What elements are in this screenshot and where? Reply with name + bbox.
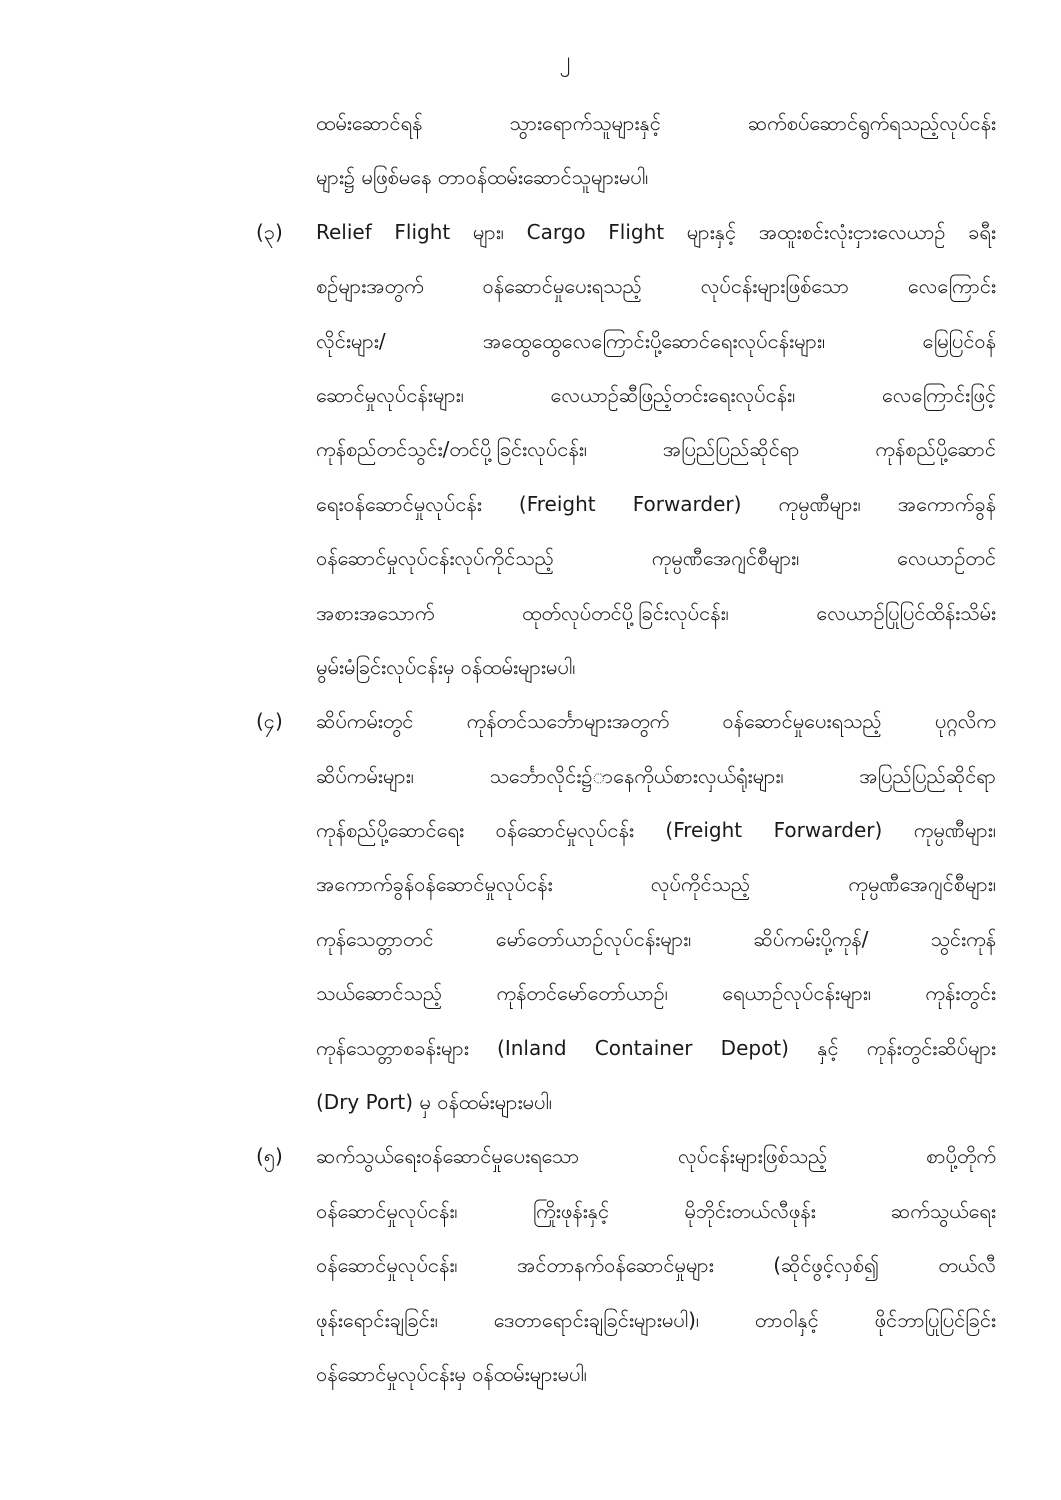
line-text: သယ်ဆောင်သည့် ကုန်တင်မော်တော်ယာဉ်၊ ရေယာဉ်… [316, 966, 996, 1020]
text-line: ကုန်သေတ္တာစခန်းများ (Inland Container De… [256, 1021, 996, 1075]
text-line: အကောက်ခွန်ဝန်ဆောင်မှုလုပ်ငန်း လုပ်ကိုင်သ… [256, 857, 996, 911]
text-line: ကုန်စည်တင်သွင်း/တင်ပို့ခြင်းလုပ်ငန်း၊ အပ… [256, 422, 996, 476]
text-line: သယ်ဆောင်သည့် ကုန်တင်မော်တော်ယာဉ်၊ ရေယာဉ်… [256, 966, 996, 1020]
line-text: အကောက်ခွန်ဝန်ဆောင်မှုလုပ်ငန်း လုပ်ကိုင်သ… [316, 857, 996, 911]
line-text: မွမ်းမံခြင်းလုပ်ငန်းမှ ဝန်ထမ်းများမပါ၊ [316, 640, 996, 694]
text-line: စဉ်များအတွက် ဝန်ဆောင်မှုပေးရသည့် လုပ်ငန်… [256, 259, 996, 313]
line-text: များ၌ မဖြစ်မနေ တာဝန်ထမ်းဆောင်သူများမပါ၊ [316, 150, 996, 204]
list-item-3: (၃) Relief Flight များ၊ Cargo Flight မျာ… [256, 205, 996, 695]
line-text: အစားအသောက် ထုတ်လုပ်တင်ပို့ခြင်းလုပ်ငန်း၊… [316, 586, 996, 640]
text-line: ဆိပ်ကမ်းတွင် ကုန်တင်သင်္ဘောများအတွက် ဝန်… [256, 694, 996, 748]
line-text: ဆက်သွယ်ရေးဝန်ဆောင်မှုပေးရသော လုပ်ငန်းမျာ… [316, 1129, 996, 1183]
line-text: ဆိပ်ကမ်းများ၊ သင်္ဘောလိုင်း၌ာနေကိုယ်စားလ… [316, 749, 996, 803]
text-line: များ၌ မဖြစ်မနေ တာဝန်ထမ်းဆောင်သူများမပါ၊ [256, 150, 996, 204]
document-body: ထမ်းဆောင်ရန် သွားရောက်သူများနှင့် ဆက်စပ်… [256, 96, 996, 1401]
list-item-5: (၅) ဆက်သွယ်ရေးဝန်ဆောင်မှုပေးရသော လုပ်ငန်… [256, 1129, 996, 1401]
text-line: မွမ်းမံခြင်းလုပ်ငန်းမှ ဝန်ထမ်းများမပါ၊ [256, 640, 996, 694]
line-text: Relief Flight များ၊ Cargo Flight များနှင… [316, 205, 996, 259]
line-text: ကုန်စည်ပို့ဆောင်ရေး ဝန်ဆောင်မှုလုပ်ငန်း … [316, 803, 996, 857]
line-text: ဝန်ဆောင်မှုလုပ်ငန်းလုပ်ကိုင်သည့် ကုမ္ပဏီ… [316, 531, 996, 585]
text-line: Relief Flight များ၊ Cargo Flight များနှင… [256, 205, 996, 259]
list-item-4: (၄) ဆိပ်ကမ်းတွင် ကုန်တင်သင်္ဘောများအတွက်… [256, 694, 996, 1129]
page-number: ၂ [0, 46, 1061, 76]
line-text: လိုင်းများ/ အထွေထွေလေကြောင်းပို့ဆောင်ရေး… [316, 314, 996, 368]
text-line: ဝန်ဆောင်မှုလုပ်ငန်း၊ ကြိုးဖုန်းနှင့် မို… [256, 1184, 996, 1238]
line-text: စဉ်များအတွက် ဝန်ဆောင်မှုပေးရသည့် လုပ်ငန်… [316, 259, 996, 313]
line-text: ဖုန်းရောင်းချခြင်း၊ ဒေတာရောင်းချခြင်းမျာ… [316, 1293, 996, 1347]
text-line: ဝန်ဆောင်မှုလုပ်ငန်းလုပ်ကိုင်သည့် ကုမ္ပဏီ… [256, 531, 996, 585]
text-line: လိုင်းများ/ အထွေထွေလေကြောင်းပို့ဆောင်ရေး… [256, 314, 996, 368]
text-line: အစားအသောက် ထုတ်လုပ်တင်ပို့ခြင်းလုပ်ငန်း၊… [256, 586, 996, 640]
line-text: ဝန်ဆောင်မှုလုပ်ငန်း၊ ကြိုးဖုန်းနှင့် မို… [316, 1184, 996, 1238]
line-text: ဝန်ဆောင်မှုလုပ်ငန်းမှ ဝန်ထမ်းများမပါ၊ [316, 1347, 996, 1401]
line-text: ဆောင်မှုလုပ်ငန်းများ၊ လေယာဉ်ဆီဖြည့်တင်းရ… [316, 368, 996, 422]
text-line: ဆိပ်ကမ်းများ၊ သင်္ဘောလိုင်း၌ာနေကိုယ်စားလ… [256, 749, 996, 803]
text-line: (Dry Port) မှ ဝန်ထမ်းများမပါ၊ [256, 1075, 996, 1129]
item-number: (၄) [256, 694, 283, 748]
text-line: ရေးဝန်ဆောင်မှုလုပ်ငန်း (Freight Forwarde… [256, 477, 996, 531]
text-line: ဖုန်းရောင်းချခြင်း၊ ဒေတာရောင်းချခြင်းမျာ… [256, 1293, 996, 1347]
text-line: ဆက်သွယ်ရေးဝန်ဆောင်မှုပေးရသော လုပ်ငန်းမျာ… [256, 1129, 996, 1183]
line-text: (Dry Port) မှ ဝန်ထမ်းများမပါ၊ [316, 1075, 996, 1129]
line-text: ဆိပ်ကမ်းတွင် ကုန်တင်သင်္ဘောများအတွက် ဝန်… [316, 694, 996, 748]
item-number: (၃) [256, 205, 283, 259]
text-line: ဝန်ဆောင်မှုလုပ်ငန်းမှ ဝန်ထမ်းများမပါ၊ [256, 1347, 996, 1401]
text-line: ဆောင်မှုလုပ်ငန်းများ၊ လေယာဉ်ဆီဖြည့်တင်းရ… [256, 368, 996, 422]
line-text: ရေးဝန်ဆောင်မှုလုပ်ငန်း (Freight Forwarde… [316, 477, 996, 531]
text-line: ကုန်သေတ္တာတင် မော်တော်ယာဉ်လုပ်ငန်းများ၊ … [256, 912, 996, 966]
line-text: ဝန်ဆောင်မှုလုပ်ငန်း၊ အင်တာနက်ဝန်ဆောင်မှု… [316, 1238, 996, 1292]
text-line: ကုန်စည်ပို့ဆောင်ရေး ဝန်ဆောင်မှုလုပ်ငန်း … [256, 803, 996, 857]
continuation-paragraph: ထမ်းဆောင်ရန် သွားရောက်သူများနှင့် ဆက်စပ်… [256, 96, 996, 205]
line-text: ထမ်းဆောင်ရန် သွားရောက်သူများနှင့် ဆက်စပ်… [316, 96, 996, 150]
line-text: ကုန်စည်တင်သွင်း/တင်ပို့ခြင်းလုပ်ငန်း၊ အပ… [316, 422, 996, 476]
item-number: (၅) [256, 1129, 283, 1183]
line-text: ကုန်သေတ္တာစခန်းများ (Inland Container De… [316, 1021, 996, 1075]
text-line: ထမ်းဆောင်ရန် သွားရောက်သူများနှင့် ဆက်စပ်… [256, 96, 996, 150]
line-text: ကုန်သေတ္တာတင် မော်တော်ယာဉ်လုပ်ငန်းများ၊ … [316, 912, 996, 966]
text-line: ဝန်ဆောင်မှုလုပ်ငန်း၊ အင်တာနက်ဝန်ဆောင်မှု… [256, 1238, 996, 1292]
